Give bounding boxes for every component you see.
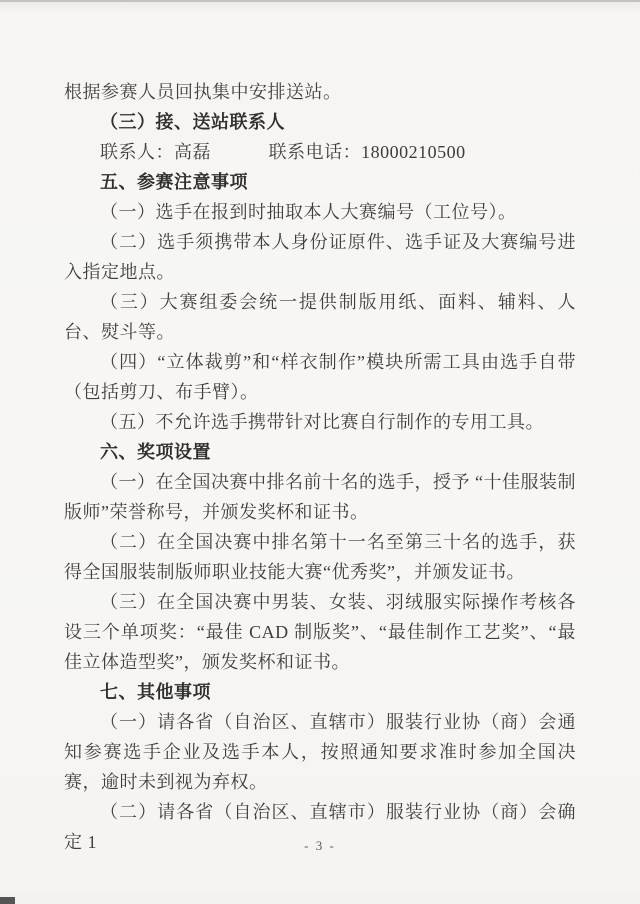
note-item-5: （五）不允许选手携带针对比赛自行制作的专用工具。: [64, 407, 576, 437]
contact-line: 联系人：高磊联系电话：18000210500: [64, 137, 576, 167]
scan-edge-artifact: [0, 0, 640, 2]
document-body: 根据参赛人员回执集中安排送站。 （三）接、送站联系人 联系人：高磊联系电话：18…: [64, 77, 576, 857]
note-item-1: （一）选手在报到时抽取本人大赛编号（工位号）。: [64, 197, 576, 227]
award-item-3: （三）在全国决赛中男装、女装、羽绒服实际操作考核各设三个单项奖：“最佳 CAD …: [64, 587, 576, 677]
note-item-3: （三）大赛组委会统一提供制版用纸、面料、辅料、人台、熨斗等。: [64, 287, 576, 347]
section-heading-awards: 六、奖项设置: [64, 437, 576, 467]
award-item-2: （二）在全国决赛中排名第十一名至第三十名的选手，获得全国服装制版师职业技能大赛“…: [64, 527, 576, 587]
paragraph-continuation: 根据参赛人员回执集中安排送站。: [64, 77, 576, 107]
page-number: - 3 -: [0, 838, 640, 854]
contact-person-label: 联系人：: [100, 142, 174, 162]
contact-phone-label: 联系电话：: [269, 142, 362, 162]
subsection-heading-contact: （三）接、送站联系人: [64, 107, 576, 137]
note-item-2: （二）选手须携带本人身份证原件、选手证及大赛编号进入指定地点。: [64, 227, 576, 287]
contact-person-name: 高磊: [174, 142, 211, 162]
section-heading-other: 七、其他事项: [64, 677, 576, 707]
contact-phone-number: 18000210500: [361, 142, 466, 162]
scan-corner-artifact: [0, 897, 15, 904]
award-item-1: （一）在全国决赛中排名前十名的选手，授予 “十佳服装制版师”荣誉称号，并颁发奖杯…: [64, 467, 576, 527]
other-item-1: （一）请各省（自治区、直辖市）服装行业协（商）会通知参赛选手企业及选手本人，按照…: [64, 707, 576, 797]
note-item-4: （四）“立体裁剪”和“样衣制作”模块所需工具由选手自带（包括剪刀、布手臂）。: [64, 347, 576, 407]
section-heading-notes: 五、参赛注意事项: [64, 167, 576, 197]
scanned-page: 根据参赛人员回执集中安排送站。 （三）接、送站联系人 联系人：高磊联系电话：18…: [0, 0, 640, 904]
